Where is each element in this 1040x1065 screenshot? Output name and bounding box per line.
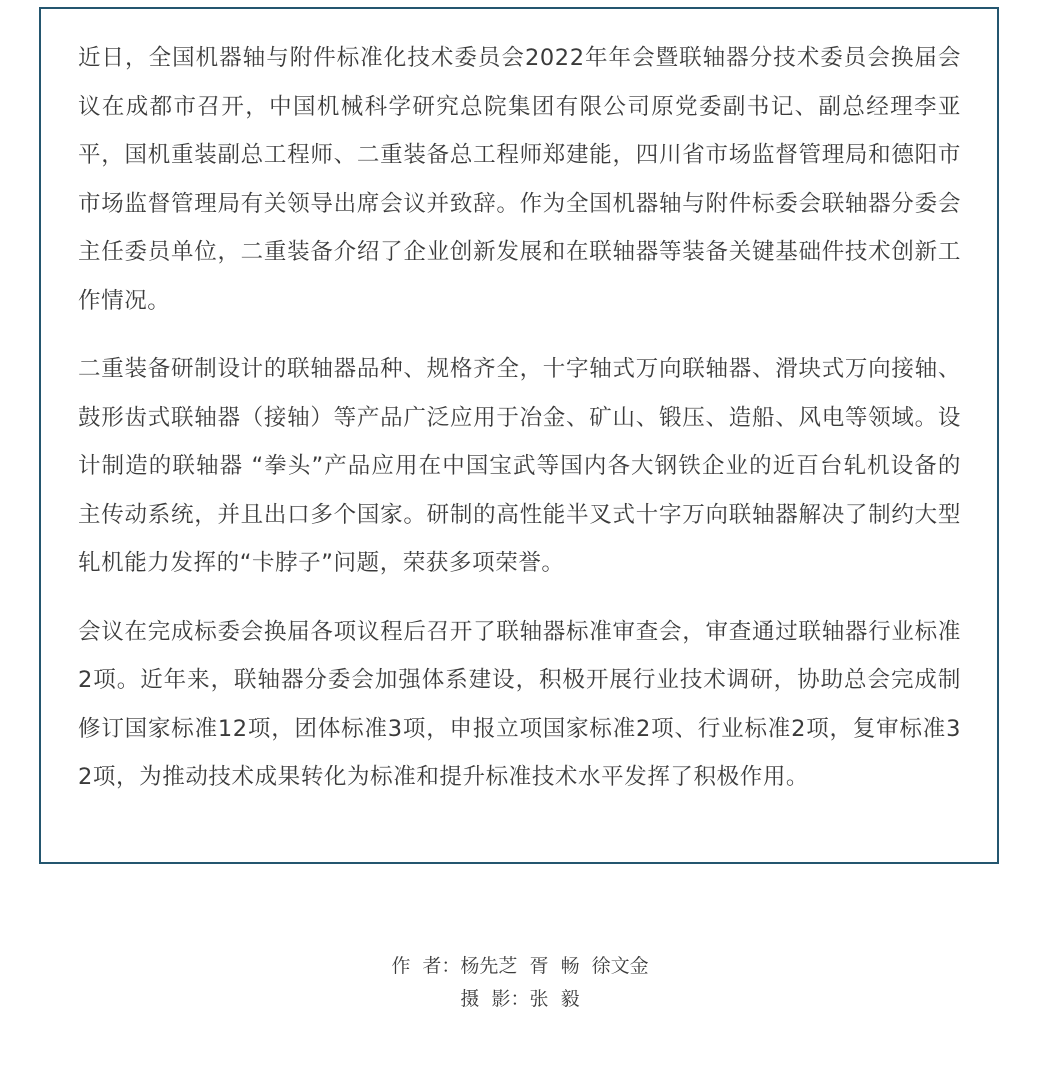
article-paragraph-2: 二重装备研制设计的联轴器品种、规格齐全，十字轴式万向联轴器、滑块式万向接轴、鼓形… bbox=[78, 345, 961, 588]
photo-credit: 摄 影：张 毅 bbox=[0, 983, 1040, 1016]
credits: 作 者：杨先芝 胥 畅 徐文金 摄 影：张 毅 bbox=[0, 950, 1040, 1016]
author-credit: 作 者：杨先芝 胥 畅 徐文金 bbox=[0, 950, 1040, 983]
article-paragraph-1: 近日，全国机器轴与附件标准化技术委员会2022年年会暨联轴器分技术委员会换届会议… bbox=[78, 34, 961, 325]
article-paragraph-3: 会议在完成标委会换届各项议程后召开了联轴器标准审查会，审查通过联轴器行业标准2项… bbox=[78, 608, 961, 802]
article-box: 近日，全国机器轴与附件标准化技术委员会2022年年会暨联轴器分技术委员会换届会议… bbox=[39, 7, 999, 864]
